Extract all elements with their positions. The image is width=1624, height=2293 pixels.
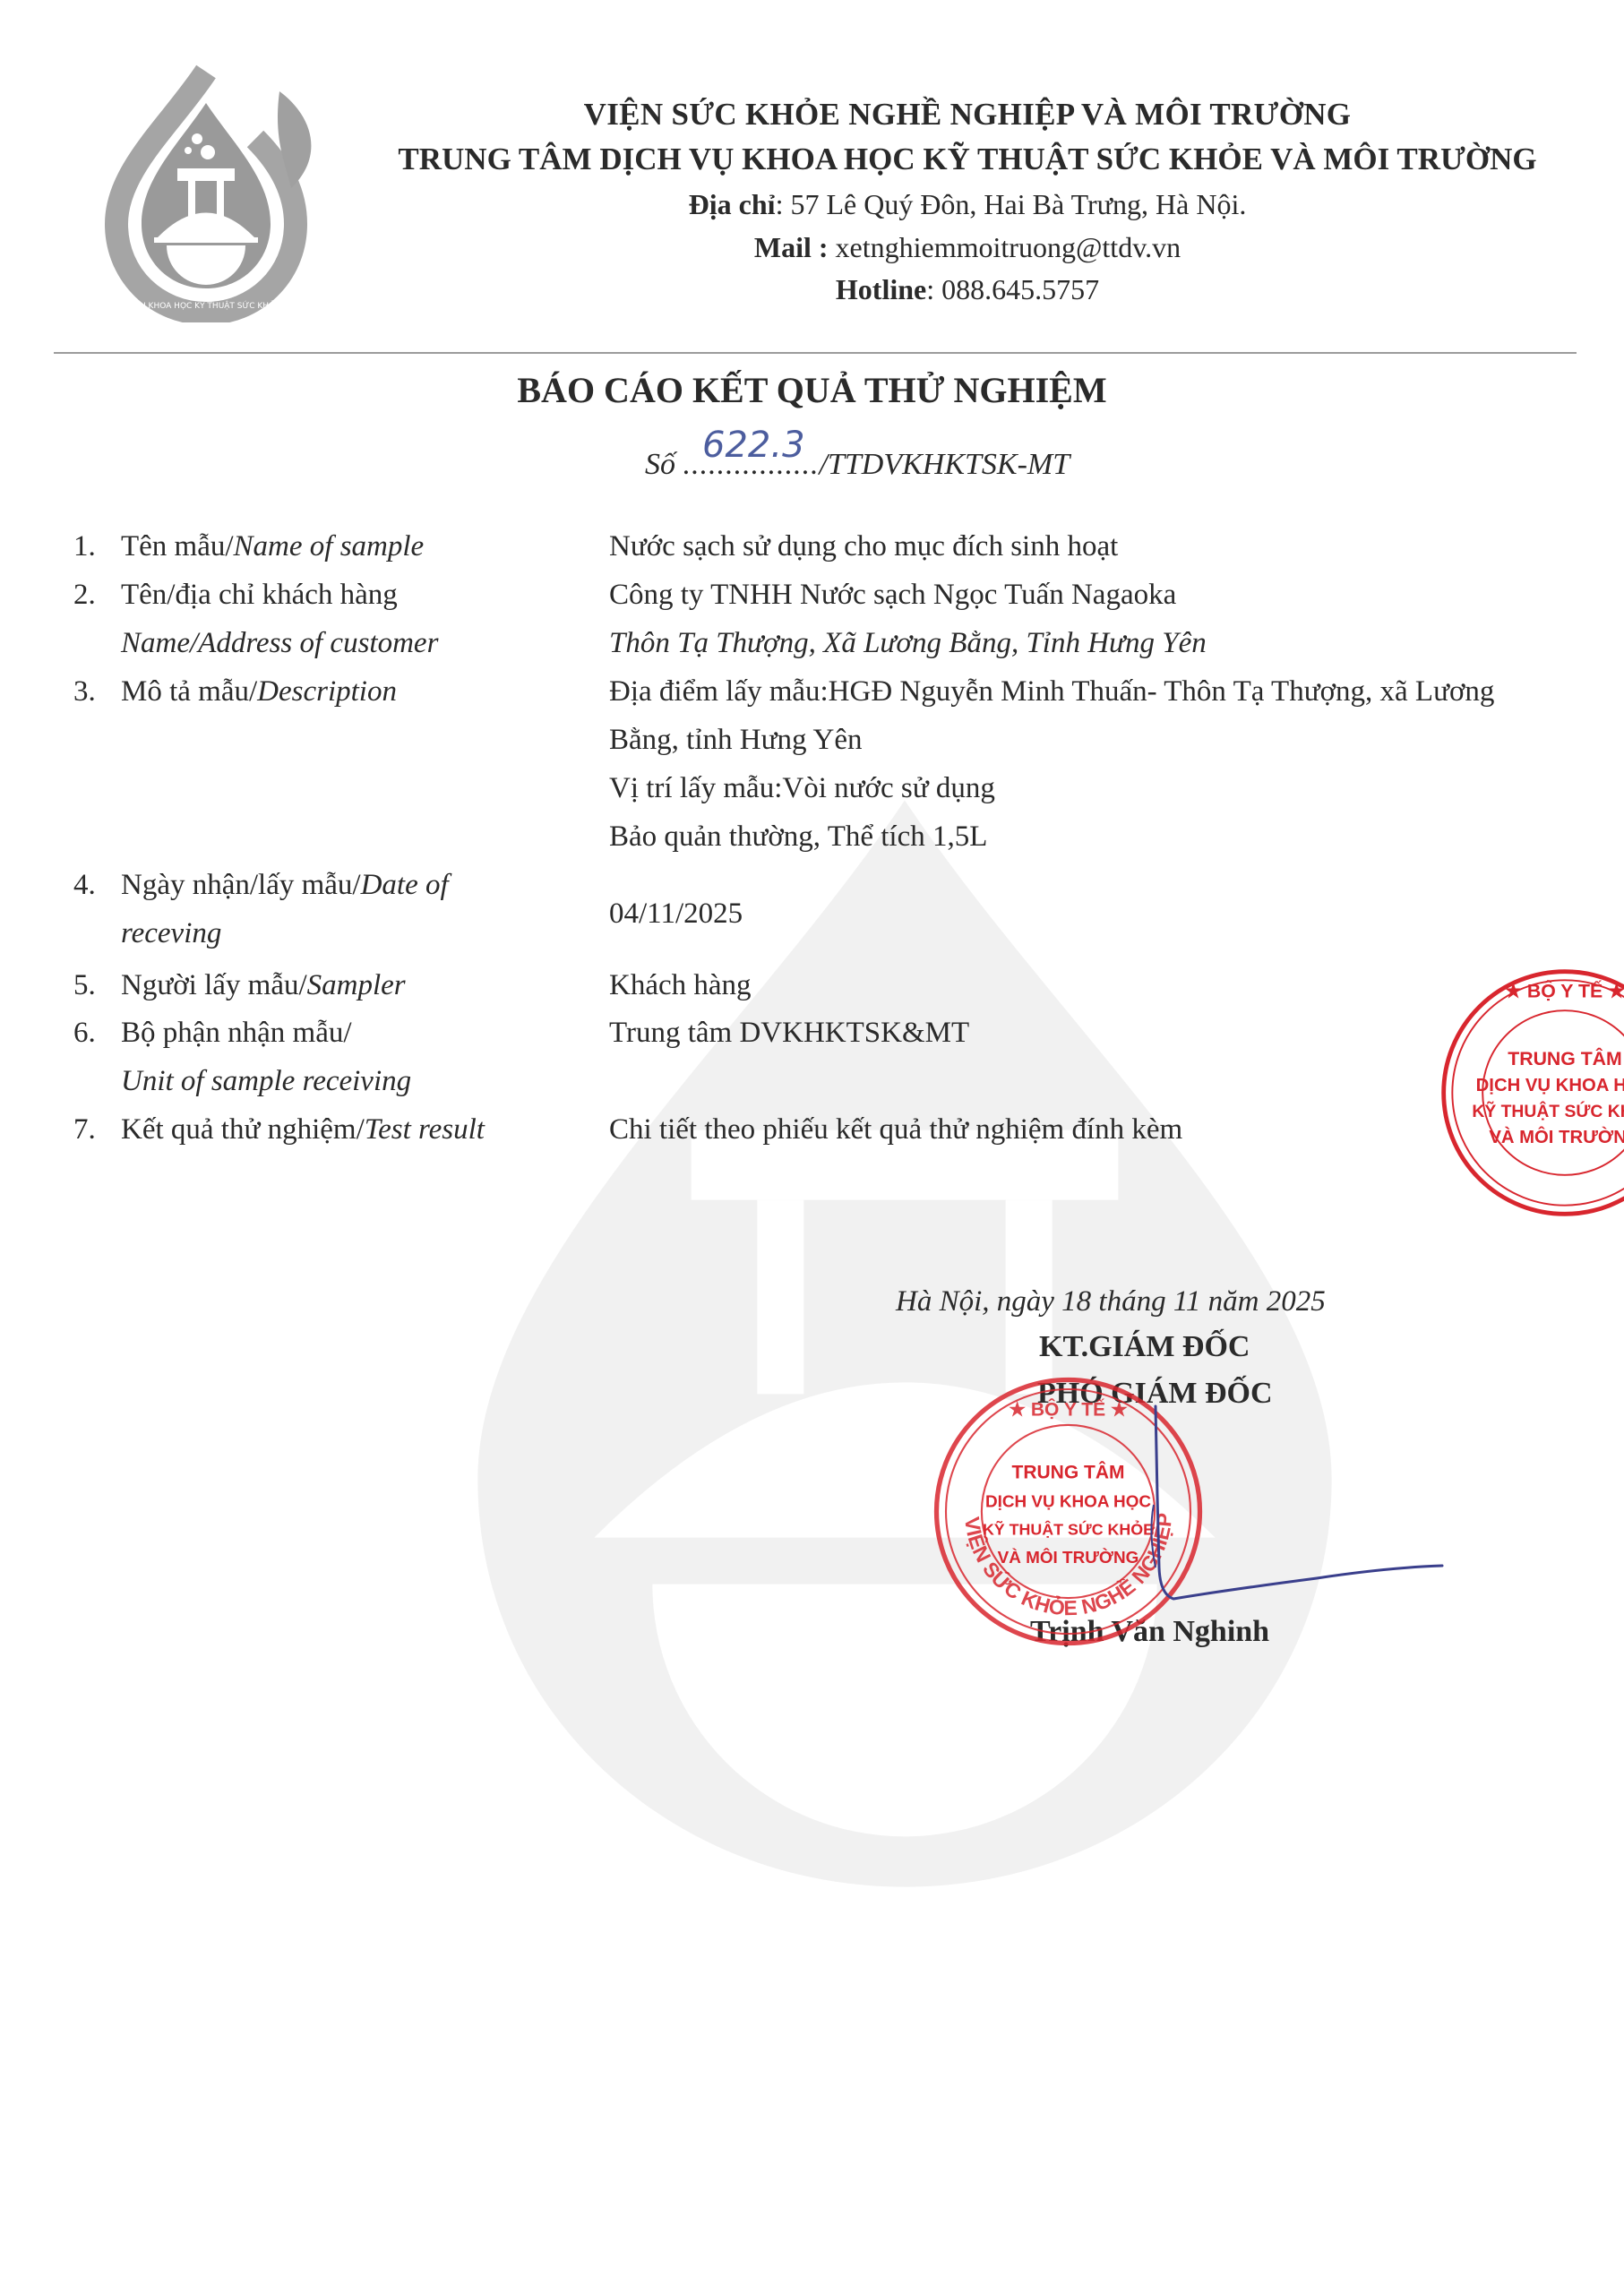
handwritten-signature [1048,1388,1460,1612]
address-line: Địa chỉ: 57 Lê Quý Đôn, Hai Bà Trưng, Hà… [340,188,1594,221]
report-number: Số ................/TTDVKHKTSK-MT 622.3 [645,448,1070,482]
field-label-en: receving [121,915,221,951]
header-divider [54,352,1577,354]
address-value: : 57 Lê Quý Đôn, Hai Bà Trưng, Hà Nội. [776,188,1247,220]
field-number: 4. [73,867,96,903]
field-value-address: Thôn Tạ Thượng, Xã Lương Bằng, Tỉnh Hưng… [609,625,1207,661]
field-label: Mô tả mẫu/Description [121,674,397,709]
partial-stamp-edge: TRUNG TÂM DỊCH VỤ KHOA HỌC KỸ THUẬT SỨC … [1435,963,1624,1223]
svg-text:★ BỘ Y TẾ ★: ★ BỘ Y TẾ ★ [1505,980,1624,1002]
field-value: Khách hàng [609,967,752,1003]
svg-text:TRUNG TÂM: TRUNG TÂM [1508,1047,1621,1069]
hotline-value[interactable]: : 088.645.5757 [926,273,1099,305]
signer-title-1: KT.GIÁM ĐỐC [1039,1330,1250,1364]
place-and-date: Hà Nội, ngày 18 tháng 11 năm 2025 [896,1285,1326,1318]
mail-value[interactable]: xetnghiemmoitruong@ttdv.vn [829,231,1181,263]
field-label-en: Name/Address of customer [121,625,438,661]
organization-logo: TRUNG TÂM DỊCH VỤ KHOA HỌC KỸ THUẬT SỨC … [72,54,340,322]
field-number: 6. [73,1015,96,1051]
field-value: Công ty TNHH Nước sạch Ngọc Tuấn Nagaoka [609,577,1176,613]
report-number-suffix: /TTDVKHKTSK-MT [820,448,1070,481]
field-number: 7. [73,1112,96,1147]
field-value: Vị trí lấy mẫu:Vòi nước sử dụng [609,770,995,806]
field-number: 2. [73,577,96,613]
field-number: 3. [73,674,96,709]
field-label: Tên/địa chỉ khách hàng [121,577,398,613]
hotline-line: Hotline: 088.645.5757 [340,273,1594,306]
field-value: 04/11/2025 [609,896,743,932]
svg-text:VÀ MÔI TRƯỜNG: VÀ MÔI TRƯỜNG [1489,1126,1624,1147]
field-value: Bảo quản thường, Thể tích 1,5L [609,819,987,855]
field-value: Trung tâm DVKHKTSK&MT [609,1015,969,1051]
field-value: Bằng, tỉnh Hưng Yên [609,722,862,758]
field-label: Tên mẫu/Name of sample [121,528,424,564]
field-label: Ngày nhận/lấy mẫu/Date of [121,867,449,903]
report-title: BÁO CÁO KẾT QUẢ THỬ NGHIỆM [0,369,1624,411]
logo-ring-text: TRUNG TÂM DỊCH VỤ KHOA HỌC KỸ THUẬT SỨC … [72,300,340,311]
field-label: Bộ phận nhận mẫu/ [121,1015,352,1051]
svg-text:KỸ THUẬT SỨC KHỎE: KỸ THUẬT SỨC KHỎE [1472,1100,1624,1121]
mail-label: Mail : [754,231,829,263]
hotline-label: Hotline [836,273,926,305]
field-value: Chi tiết theo phiếu kết quả thử nghiệm đ… [609,1112,1182,1147]
svg-text:DỊCH VỤ KHOA HỌC: DỊCH VỤ KHOA HỌC [1476,1076,1624,1095]
mail-line: Mail : xetnghiemmoitruong@ttdv.vn [340,231,1594,264]
report-number-prefix: Số [645,448,683,481]
field-value: Địa điểm lấy mẫu:HGĐ Nguyễn Minh Thuấn- … [609,674,1494,709]
institute-name: VIỆN SỨC KHỎE NGHỀ NGHIỆP VÀ MÔI TRƯỜNG [340,97,1594,133]
report-number-handwritten: 622.3 [702,425,805,466]
field-number: 1. [73,528,96,564]
field-label: Kết quả thử nghiệm/Test result [121,1112,485,1147]
center-name: TRUNG TÂM DỊCH VỤ KHOA HỌC KỸ THUẬT SỨC … [340,142,1594,177]
watermark-logo [322,761,1487,1926]
field-label-en: Unit of sample receiving [121,1063,411,1099]
address-label: Địa chỉ [689,188,776,220]
field-number: 5. [73,967,96,1003]
field-label: Người lấy mẫu/Sampler [121,967,406,1003]
field-value: Nước sạch sử dụng cho mục đích sinh hoạt [609,528,1118,564]
